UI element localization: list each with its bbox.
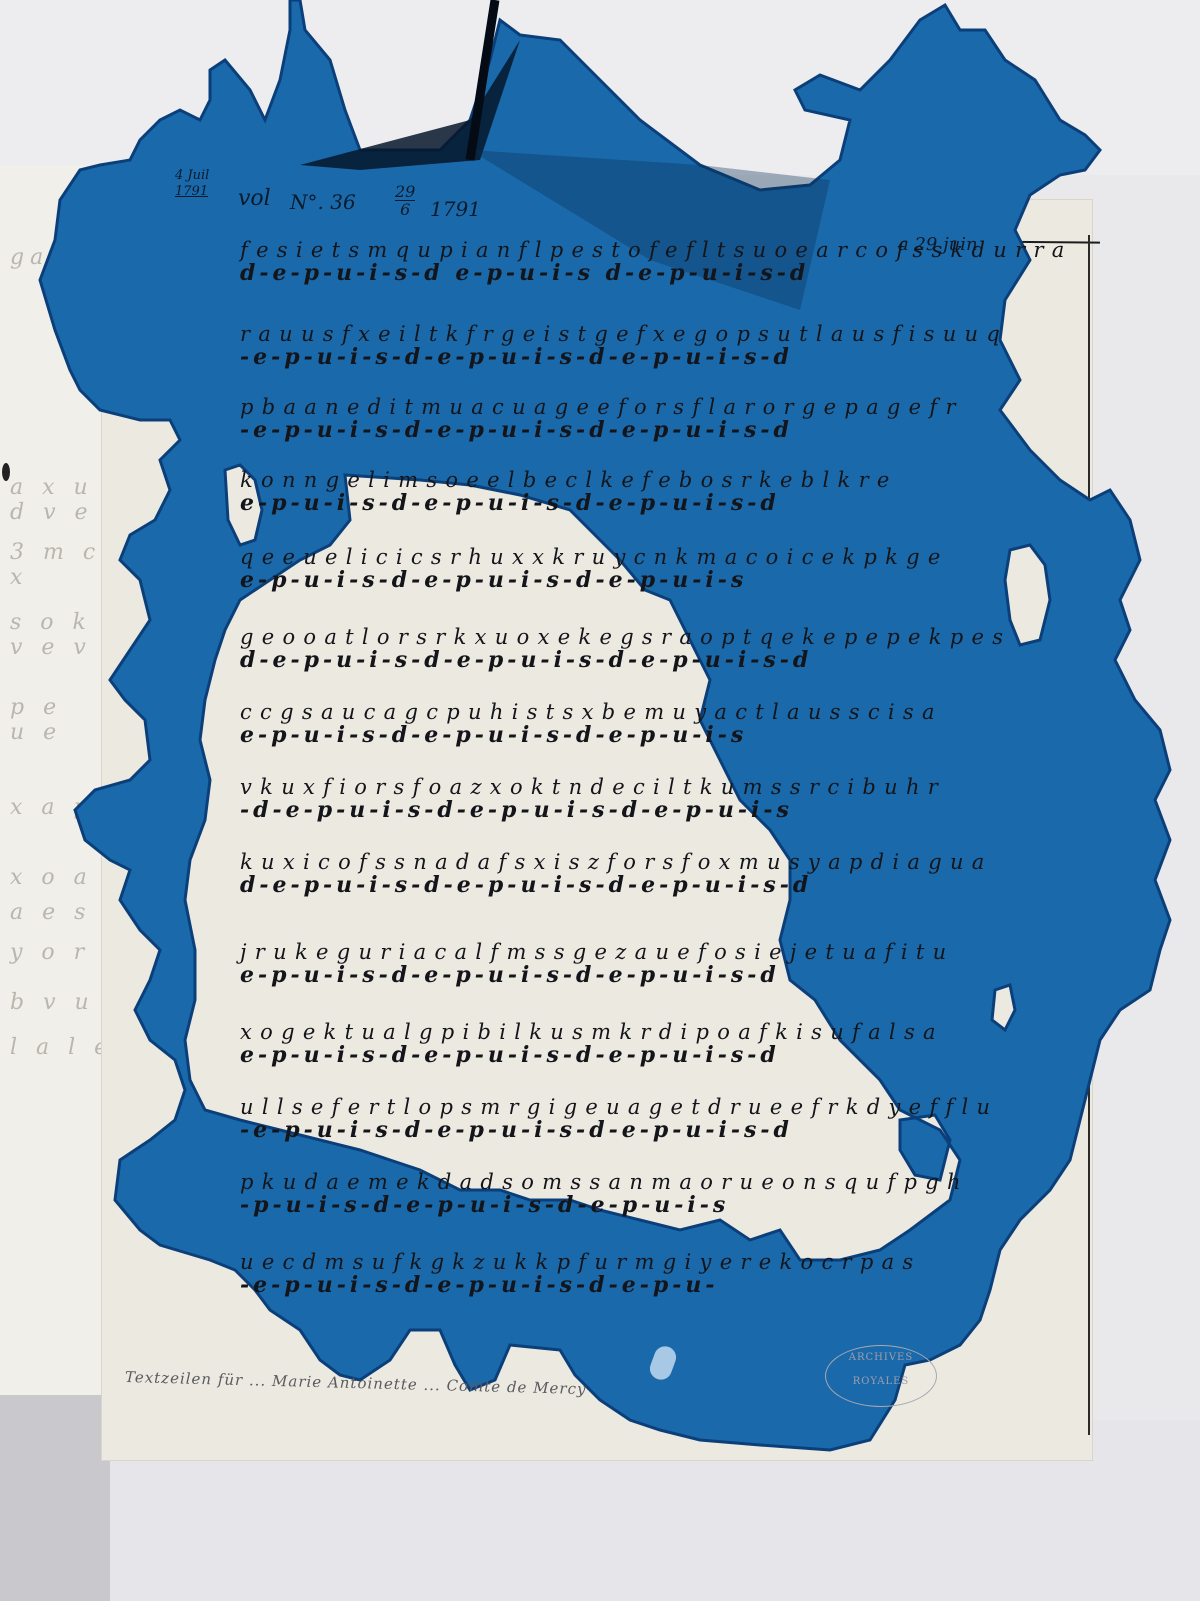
- year: 1791: [430, 197, 481, 221]
- cipher-row: konngelimsoeelbeclkefebosrkeblkree-p-u-i…: [240, 468, 1060, 516]
- cipher-row: rauusfxeiltkfrgeistgefxegopsutlausfisuuq…: [240, 322, 1060, 370]
- cipher-key: e-p-u-i-s-d-e-p-u-i-s-d-e-p-u-i-s-d: [240, 962, 1060, 988]
- cipher-key: -e-p-u-i-s-d-e-p-u-i-s-d-e-p-u-i-s-d: [240, 1117, 1060, 1143]
- cipher-key: -d-e-p-u-i-s-d-e-p-u-i-s-d-e-p-u-i-s: [240, 797, 1060, 823]
- cipher-row: ccgsaucagcpuhistsxbemuyactlausscisae-p-u…: [240, 700, 1060, 748]
- date-fraction: 29 6: [395, 183, 415, 218]
- archive-stamp: ARCHIVES ROYALES: [825, 1345, 937, 1407]
- cipher-row: vkuxfiorsfoazxoktndeciltkumssrcibuhr-d-e…: [240, 775, 1060, 823]
- cipher-key: -e-p-u-i-s-d-e-p-u-i-s-d-e-p-u-i-s-d: [240, 417, 1060, 443]
- cipher-row: uecdmsufkgkzukkpfurmgiyerekocrpas-e-p-u-…: [240, 1250, 1060, 1298]
- cipher-key: e-p-u-i-s-d-e-p-u-i-s-d-e-p-u-i-s-d: [240, 490, 1060, 516]
- cipher-row: geooatlorsrkxuoxekegsraoptqekepepekpesd-…: [240, 625, 1060, 673]
- cipher-key: -e-p-u-i-s-d-e-p-u-i-s-d-e-p-u-: [240, 1272, 1060, 1298]
- cipher-key: d-e-p-u-i-s-d-e-p-u-i-s-d-e-p-u-i-s-d: [240, 647, 1060, 673]
- cipher-key: d-e-p-u-i-s-d-e-p-u-i-s-d-e-p-u-i-s-d: [240, 872, 1060, 898]
- cipher-row: jrukeguriacalfmssgezauefosiejetuafitue-p…: [240, 940, 1060, 988]
- cipher-row: pkudaemekdadsomssanmaorueonsqufpgh-p-u-i…: [240, 1170, 1060, 1218]
- cipher-key: -p-u-i-s-d-e-p-u-i-s-d-e-p-u-i-s: [240, 1192, 1060, 1218]
- fraction-top: 29: [395, 183, 415, 201]
- document-number: N°. 36: [290, 190, 356, 214]
- cipher-key: e-p-u-i-s-d-e-p-u-i-s-d-e-p-u-i-s: [240, 722, 1060, 748]
- volume-label: vol: [238, 186, 271, 211]
- archive-note-line2: 1791: [175, 184, 209, 200]
- cipher-row: qeeuelicicsrhuxxkruycnkmacoicekpkgee-p-u…: [240, 545, 1060, 593]
- cipher-key: d-e-p-u-i-s-d e-p-u-i-s d-e-p-u-i-s-d: [240, 260, 1060, 286]
- cipher-key: e-p-u-i-s-d-e-p-u-i-s-d-e-p-u-i-s-d: [240, 1042, 1060, 1068]
- cipher-row: ullsefertlopsmrgigeuagetdrueefrkdyefflu-…: [240, 1095, 1060, 1143]
- cipher-key: e-p-u-i-s-d-e-p-u-i-s-d-e-p-u-i-s: [240, 567, 1060, 593]
- stamp-bottom-text: ROYALES: [826, 1370, 936, 1394]
- fraction-bottom: 6: [395, 201, 415, 218]
- cipher-row: xogektualgpibilkusmkrdipoafkisufalsae-p-…: [240, 1020, 1060, 1068]
- cipher-row: fesietsmqupianflpestofefltsuoearcofsskdu…: [240, 238, 1060, 286]
- archive-note-line1: 4 Juil: [175, 168, 209, 184]
- cipher-key: -e-p-u-i-s-d-e-p-u-i-s-d-e-p-u-i-s-d: [240, 344, 1060, 370]
- archive-note: 4 Juil 1791: [175, 168, 209, 200]
- stamp-top-text: ARCHIVES: [826, 1346, 936, 1370]
- cipher-row: pbaaneditmuacuageeforsflarorgepagefr-e-p…: [240, 395, 1060, 443]
- cipher-row: kuxicofssnadafsxiszforsfoxmusyapdiaguad-…: [240, 850, 1060, 898]
